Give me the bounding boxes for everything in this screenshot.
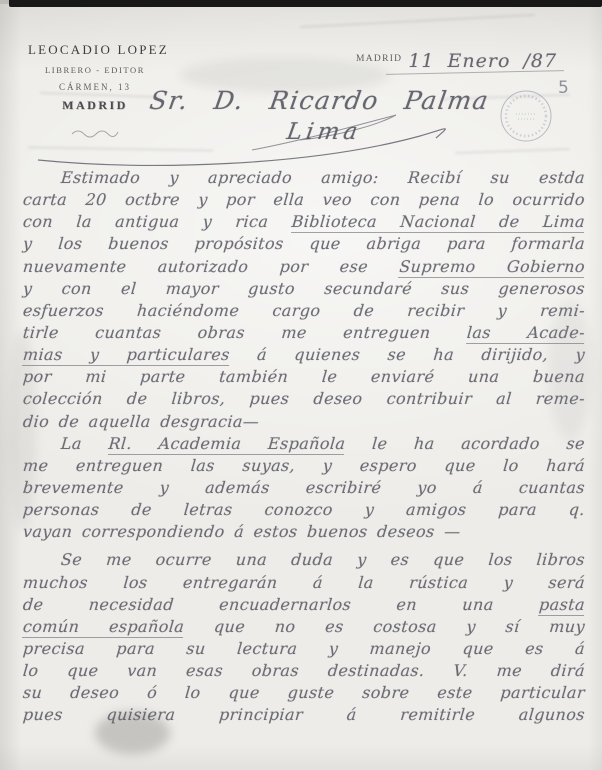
letterhead: LEOCADIO LOPEZ LIBRERO - EDITOR CÁRMEN, … <box>28 42 162 113</box>
letter-line: de necesidad encuadernarlos en una pasta <box>22 594 586 616</box>
ink-showthrough <box>28 146 213 151</box>
letter-line: vayan correspondiendo á estos buenos des… <box>22 521 586 543</box>
letter-line: nuevamente autorizado por ese Supremo Go… <box>22 256 586 278</box>
dateline: MADRID11 Enero /87 <box>356 50 568 72</box>
letter-line: colección de libros, pues deseo contribu… <box>22 388 586 410</box>
letter-line: tirle cuantas obras me entreguen las Aca… <box>22 322 586 344</box>
letter-line: por mi parte también le enviaré una buen… <box>22 366 586 388</box>
letterhead-flourish-icon <box>70 128 120 138</box>
letter-line: con la antigua y rica Biblioteca Naciona… <box>22 211 586 233</box>
letter-line: Estimado y apreciado amigo: Recibí su es… <box>22 167 586 189</box>
handwritten-date: 11 Enero /87 <box>408 50 557 72</box>
letter-line: precisa para su lectura y manejo que es … <box>22 638 586 660</box>
letterhead-title: LIBRERO - EDITOR <box>28 65 162 75</box>
letter-line: me entreguen las suyas, y espero que lo … <box>22 455 586 477</box>
place-line: Lima <box>285 119 363 145</box>
letter-line: y con el mayor gusto secundaré sus gener… <box>22 278 586 300</box>
scan-smudge <box>548 300 592 440</box>
circular-stamp-icon <box>492 82 562 152</box>
letter-line: lo que van esas obras destinadas. V. me … <box>22 660 586 682</box>
letter-line: su deseo ó lo que guste sobre este parti… <box>22 682 586 704</box>
letter-line: brevemente y además escribiré yo á cuant… <box>22 477 586 499</box>
letter-line: personas de letras conozco y amigos para… <box>22 499 586 521</box>
letterhead-city: MADRID <box>28 98 162 113</box>
letter-line: común española que no es costosa y sí mu… <box>22 616 586 638</box>
scan-edge-bar <box>9 0 602 7</box>
letter-line: muchos los entregarán á la rústica y ser… <box>22 572 586 594</box>
letter-line: y los buenos propósitos que abriga para … <box>22 233 586 255</box>
letterhead-address: CÁRMEN, 13 <box>28 82 162 92</box>
letter-line: dio de aquella desgracia— <box>22 411 586 433</box>
letter-line: esfuerzos haciéndome cargo de recibir y … <box>22 300 586 322</box>
scan-smudge <box>180 58 390 92</box>
ink-showthrough <box>300 14 535 28</box>
scanned-letter-page: LEOCADIO LOPEZ LIBRERO - EDITOR CÁRMEN, … <box>0 0 602 770</box>
dateline-city: MADRID <box>356 54 402 64</box>
scan-smudge <box>95 712 170 754</box>
letter-line: mias y particulares á quienes se ha diri… <box>22 344 586 366</box>
letter-line: carta 20 octbre y por ella veo con pena … <box>22 189 586 211</box>
scan-smudge <box>10 330 36 530</box>
letter-line: Se me ocurre una duda y es que los libro… <box>22 549 586 571</box>
letter-body: Estimado y apreciado amigo: Recibí su es… <box>22 167 584 727</box>
letterhead-name: LEOCADIO LOPEZ <box>28 42 162 58</box>
letter-line: La Rl. Academia Española le ha acordado … <box>22 433 586 455</box>
